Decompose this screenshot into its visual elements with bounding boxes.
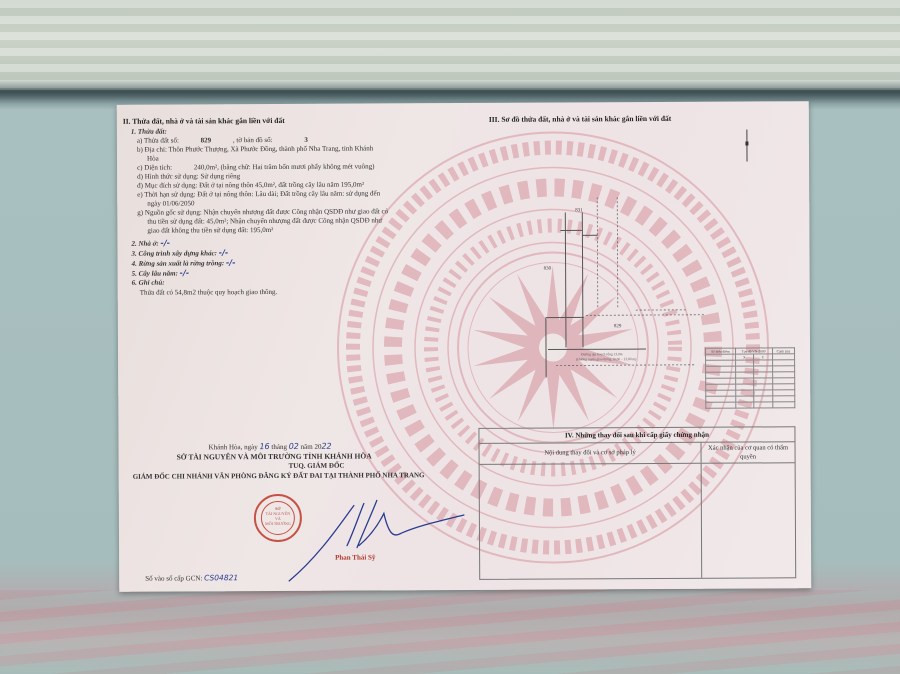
section-4-body xyxy=(480,463,796,579)
house-label: 2. Nhà ở: xyxy=(131,240,158,248)
purpose-value: Đất ở tại nông thôn 45,0m², đất trồng câ… xyxy=(199,181,364,190)
use-form-value: Sử dụng riêng xyxy=(200,172,240,180)
notes-value: Thửa đất có 54,8m2 thuộc quy hoạch giao … xyxy=(140,288,278,298)
construction-value: -/- xyxy=(219,248,229,257)
place-date: Khánh Hòa, ngày 16 tháng 02 năm 2022 xyxy=(208,442,331,453)
parcel-diagram: 830 831 829 Đường qui hoạch rộng 13,0m (… xyxy=(525,197,706,378)
area-value: 240,0m², (bằng chữ: Hai trăm bốn mươi ph… xyxy=(194,162,375,171)
house-value: -/- xyxy=(160,239,170,248)
month-label: tháng xyxy=(271,443,287,451)
parcel-number: 829 xyxy=(201,136,212,144)
origin-line3: giao đất không thu tiền sử dụng đất: 195… xyxy=(147,226,273,236)
construction-row: 3. Công trình xây dựng khác: -/- xyxy=(131,248,228,259)
confirmation-cell xyxy=(702,463,796,577)
origin-label: g) Nguồn gốc sử dụng: xyxy=(137,208,202,216)
house-row: 2. Nhà ở: -/- xyxy=(131,239,170,249)
perennial-label: 5. Cây lâu năm: xyxy=(132,269,178,277)
label-830: 830 xyxy=(544,267,552,272)
section-4-header-row: Nội dung thay đổi và cơ sở pháp lý Xác n… xyxy=(480,442,795,465)
coord-table-row xyxy=(706,402,795,408)
forest-label: 4. Rừng sản xuất là rừng trồng: xyxy=(132,259,225,267)
perennial-value: -/- xyxy=(180,268,190,277)
map-sheet-number: 3 xyxy=(304,136,308,144)
issuing-org: SỞ TÀI NGUYÊN VÀ MÔI TRƯỜNG TỈNH KHÁNH H… xyxy=(177,451,372,461)
confirmation-column-header: Xác nhận của cơ quan có thẩm quyền xyxy=(702,442,795,462)
construction-label: 3. Công trình xây dựng khác: xyxy=(131,249,217,257)
origin-value: Nhận chuyển nhượng đất được Công nhận QS… xyxy=(203,207,388,216)
background-fabric-top xyxy=(0,0,900,95)
signer-name: Phan Thái Sỹ xyxy=(335,553,375,561)
gcn-row: Số vào sổ cấp GCN: CS04821 xyxy=(145,573,238,583)
term-line2: ngày 01/06/2050 xyxy=(147,199,194,208)
area-label: c) Diện tích: xyxy=(137,164,172,172)
label-829: 829 xyxy=(614,324,622,329)
address-row: b) Địa chỉ: Thôn Phước Thượng, Xã Phước … xyxy=(137,144,373,154)
address-value: Thôn Phước Thượng, Xã Phước Đồng, thành … xyxy=(169,144,374,153)
notes-label: 6. Ghi chú: xyxy=(132,279,165,288)
perennial-row: 5. Cây lâu năm: -/- xyxy=(132,268,190,278)
section-2-title: II. Thửa đất, nhà ở và tài sản khác gắn … xyxy=(123,116,285,126)
term-value: Đất ở tại nông thôn: Lâu dài; Đất trồng … xyxy=(197,189,380,198)
map-sheet-label: , tờ bản đồ số: xyxy=(233,136,273,144)
handwritten-signature xyxy=(259,475,470,586)
land-heading: 1. Thửa đất: xyxy=(131,128,167,137)
road-note-2: (Hướng tuyến giao thông 10,00 – 13,00 m) xyxy=(576,357,637,362)
term-label: e) Thời hạn sử dụng: xyxy=(137,190,195,198)
year-label: năm 20 xyxy=(301,443,322,451)
certificate-page: II. Thửa đất, nhà ở và tài sản khác gắn … xyxy=(117,101,812,592)
section-3-title: III. Sơ đồ thửa đất, nhà ở và tài sản kh… xyxy=(489,114,671,124)
section-4-changes-table: IV. Những thay đổi sau khi cấp giấy chứn… xyxy=(478,426,796,580)
forest-row: 4. Rừng sản xuất là rừng trồng: -/- xyxy=(132,258,236,269)
authority-line: TUQ. GIÁM ĐỐC xyxy=(289,462,345,471)
issue-day: 16 xyxy=(259,442,269,451)
coordinate-table: Số hiệu điểmTọa độ VN-2000Cạnh (m)XY xyxy=(705,347,795,408)
area-row: c) Diện tích: 240,0m², (bằng chữ: Hai tr… xyxy=(137,162,374,172)
parcel-label: a) Thửa đất số: xyxy=(137,136,179,144)
north-arrow-icon xyxy=(742,129,752,161)
label-831: 831 xyxy=(575,208,583,213)
forest-value: -/- xyxy=(226,258,236,267)
purpose-label: đ) Mục đích sử dụng: xyxy=(137,181,197,189)
changes-column-header: Nội dung thay đổi và cơ sở pháp lý xyxy=(480,443,702,464)
issue-year: 22 xyxy=(321,442,331,451)
background-fabric-bottom xyxy=(0,590,900,674)
use-form-label: d) Hình thức sử dụng: xyxy=(137,172,199,180)
issue-month: 02 xyxy=(289,442,299,451)
address-label: b) Địa chỉ: xyxy=(137,146,167,154)
changes-cell xyxy=(480,464,703,579)
term-row: e) Thời hạn sử dụng: Đất ở tại nông thôn… xyxy=(137,189,380,199)
section-4-title: IV. Những thay đổi sau khi cấp giấy chứn… xyxy=(479,427,794,444)
address-line2: Hòa xyxy=(147,155,159,164)
gcn-label: Số vào sổ cấp GCN: xyxy=(145,574,202,582)
gcn-number: CS04821 xyxy=(204,573,238,582)
place-date-prefix: Khánh Hòa, ngày xyxy=(209,443,258,451)
